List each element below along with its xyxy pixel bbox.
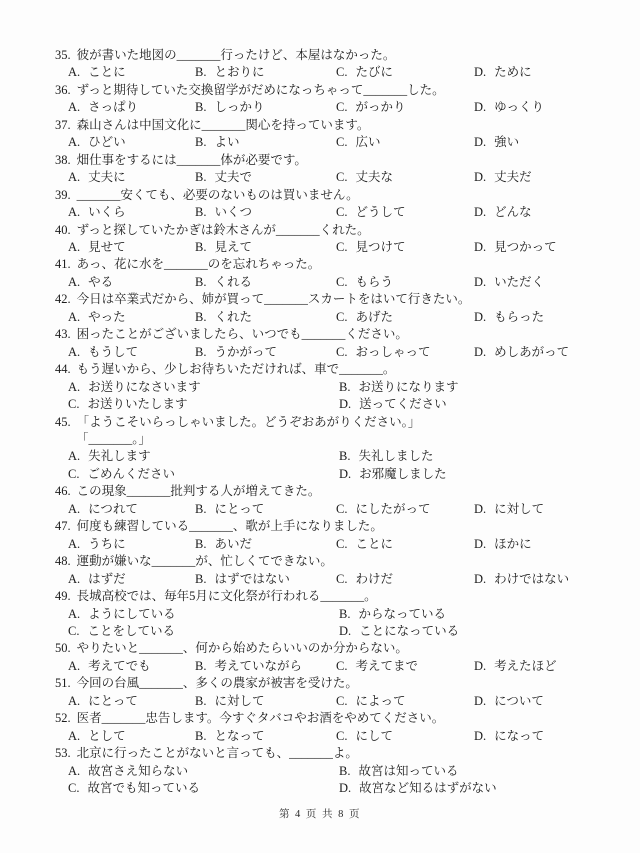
option-text: 丈夫だ xyxy=(494,170,532,184)
option-text: 見えて xyxy=(214,240,252,254)
option-text: として xyxy=(88,729,126,743)
option-text: どんな xyxy=(494,205,532,219)
options-row: A.としてB.となってC.にしてD.になって xyxy=(0,728,640,745)
option-text: よい xyxy=(214,135,239,149)
option-C: C.どうして xyxy=(336,204,474,221)
option-text: もうして xyxy=(88,345,138,359)
option-text: 見つけて xyxy=(355,240,405,254)
question-list: 35.彼が書いた地図の_______行ったけど、本屋はなかった。A.ことにB.と… xyxy=(0,47,640,797)
option-C: C.あげた xyxy=(336,309,474,326)
option-text: いくつ xyxy=(214,205,252,219)
question-number: 37. xyxy=(55,117,71,134)
option-text: もらう xyxy=(355,275,393,289)
option-label: D. xyxy=(339,624,351,638)
option-C: C.ことをしている xyxy=(68,623,339,640)
option-A: A.うちに xyxy=(68,536,195,553)
question-50: 50.やりたいと_______、何から始めたらいいのか分からない。A.考えてでも… xyxy=(0,640,640,675)
option-A: A.もうして xyxy=(68,344,195,361)
option-label: A. xyxy=(68,345,80,359)
options-row: C.お送りいたしますD.送ってください xyxy=(0,396,640,413)
option-text: によって xyxy=(355,694,405,708)
option-C: C.ごめんください xyxy=(68,466,339,483)
option-label: A. xyxy=(68,240,80,254)
option-label: B. xyxy=(195,100,206,114)
option-label: A. xyxy=(68,275,80,289)
question-stem-text: 医者_______忠告します。今すぐタバコやお酒をやめてください。 xyxy=(77,711,445,725)
option-text: 失礼します xyxy=(88,449,151,463)
option-B: B.しっかり xyxy=(195,99,336,116)
option-text: やる xyxy=(88,275,113,289)
options-row: C.故宮でも知っているD.故宮など知るはずがない xyxy=(0,780,640,797)
question-53: 53.北京に行ったことがないと言っても、_______よ。A.故宮さえ知らないB… xyxy=(0,745,640,797)
question-stem-line: 52.医者_______忠告します。今すぐタバコやお酒をやめてください。 xyxy=(0,710,640,727)
option-text: わけだ xyxy=(355,572,393,586)
question-49: 49.長城高校では、毎年5月に文化祭が行われる_______。A.ようにしている… xyxy=(0,588,640,640)
option-D: D.わけではない xyxy=(474,571,640,588)
option-text: 考えてまで xyxy=(355,659,418,673)
option-label: C. xyxy=(336,345,347,359)
option-label: D. xyxy=(339,781,351,795)
option-label: C. xyxy=(336,240,347,254)
option-A: A.ことに xyxy=(68,64,195,81)
option-B: B.お送りになります xyxy=(339,379,640,396)
option-text: 考えていながら xyxy=(214,659,302,673)
options-row: A.考えてでもB.考えていながらC.考えてまでD.考えたほど xyxy=(0,658,640,675)
option-label: D. xyxy=(474,310,486,324)
question-stem-text: やりたいと_______、何から始めたらいいのか分からない。 xyxy=(77,641,408,655)
option-A: A.失礼します xyxy=(68,448,339,465)
option-D: D.送ってください xyxy=(339,396,640,413)
option-D: D.丈夫だ xyxy=(474,169,640,186)
option-label: A. xyxy=(68,100,80,114)
question-37: 37.森山さんは中国文化に_______関心を持っています。A.ひどいB.よいC… xyxy=(0,117,640,152)
question-stem-line: 「_______。」 xyxy=(0,431,640,448)
option-text: うかがって xyxy=(214,345,277,359)
option-A: A.丈夫に xyxy=(68,169,195,186)
question-number: 45. xyxy=(55,414,71,431)
option-label: C. xyxy=(336,65,347,79)
option-D: D.ゆっくり xyxy=(474,99,640,116)
option-C: C.広い xyxy=(336,134,474,151)
option-text: に対して xyxy=(494,502,544,516)
option-label: C. xyxy=(336,729,347,743)
option-label: D. xyxy=(339,467,351,481)
option-B: B.からなっている xyxy=(339,606,640,623)
option-text: やった xyxy=(88,310,126,324)
option-label: A. xyxy=(68,694,80,708)
option-label: B. xyxy=(195,170,206,184)
question-51: 51.今回の台風_______、多くの農家が被害を受けた。A.にとってB.に対し… xyxy=(0,675,640,710)
option-text: 故宮は知っている xyxy=(358,764,458,778)
option-text: 送ってください xyxy=(359,397,447,411)
option-D: D.めしあがって xyxy=(474,344,640,361)
option-text: お邪魔しました xyxy=(359,467,447,481)
option-B: B.考えていながら xyxy=(195,658,336,675)
question-stem-line: 40.ずっと探していたかぎは鈴木さんが_______くれた。 xyxy=(0,222,640,239)
question-stem-text: 北京に行ったことがないと言っても、_______よ。 xyxy=(77,746,358,760)
option-label: D. xyxy=(474,345,486,359)
question-stem-text: 畑仕事をするには_______体が必要です。 xyxy=(77,153,307,167)
option-text: もらった xyxy=(494,310,544,324)
question-stem-line: 42.今日は卒業式だから、姉が買って_______スカートをはいて行きたい。 xyxy=(0,291,640,308)
option-label: C. xyxy=(336,135,347,149)
option-C: C.見つけて xyxy=(336,239,474,256)
option-text: 丈夫に xyxy=(88,170,126,184)
option-A: A.考えてでも xyxy=(68,658,195,675)
option-label: B. xyxy=(195,205,206,219)
option-label: D. xyxy=(474,135,486,149)
option-B: B.うかがって xyxy=(195,344,336,361)
option-text: たびに xyxy=(355,65,393,79)
question-stem-text: 長城高校では、毎年5月に文化祭が行われる_______。 xyxy=(77,589,377,603)
option-D: D.いただく xyxy=(474,274,640,291)
option-label: D. xyxy=(474,170,486,184)
option-label: C. xyxy=(336,310,347,324)
option-C: C.ことに xyxy=(336,536,474,553)
question-number: 43. xyxy=(55,326,71,343)
option-text: いただく xyxy=(494,275,544,289)
option-text: ゆっくり xyxy=(494,100,544,114)
options-row: A.もうしてB.うかがってC.おっしゃってD.めしあがって xyxy=(0,344,640,361)
options-row: A.お送りになさいますB.お送りになります xyxy=(0,379,640,396)
option-A: A.故宮さえ知らない xyxy=(68,763,339,780)
option-D: D.ことになっている xyxy=(339,623,640,640)
option-label: D. xyxy=(474,100,486,114)
option-C: C.によって xyxy=(336,693,474,710)
options-row: A.にとってB.に対してC.によってD.について xyxy=(0,693,640,710)
exam-page: 35.彼が書いた地図の_______行ったけど、本屋はなかった。A.ことにB.と… xyxy=(0,0,640,853)
option-label: D. xyxy=(474,537,486,551)
option-A: A.やった xyxy=(68,309,195,326)
option-text: とおりに xyxy=(214,65,264,79)
option-label: C. xyxy=(336,170,347,184)
option-D: D.もらった xyxy=(474,309,640,326)
question-38: 38.畑仕事をするには_______体が必要です。A.丈夫にB.丈夫でC.丈夫な… xyxy=(0,152,640,187)
option-label: B. xyxy=(195,694,206,708)
question-stem-text: ずっと探していたかぎは鈴木さんが_______くれた。 xyxy=(77,223,370,237)
option-label: A. xyxy=(68,659,80,673)
option-text: ことをしている xyxy=(87,624,175,638)
option-B: B.に対して xyxy=(195,693,336,710)
question-stem-text: 今日は卒業式だから、姉が買って_______スカートをはいて行きたい。 xyxy=(77,292,471,306)
option-text: ことに xyxy=(88,65,126,79)
option-label: B. xyxy=(195,729,206,743)
option-text: くれた xyxy=(214,310,252,324)
option-text: 失礼しました xyxy=(358,449,433,463)
option-C: C.考えてまで xyxy=(336,658,474,675)
options-row: A.につれてB.にとってC.にしたがってD.に対して xyxy=(0,501,640,518)
question-stem-text: あっ、花に水を_______のを忘れちゃった。 xyxy=(77,257,321,271)
question-41: 41.あっ、花に水を_______のを忘れちゃった。A.やるB.くれるC.もらう… xyxy=(0,256,640,291)
option-label: C. xyxy=(336,694,347,708)
options-row: C.ことをしているD.ことになっている xyxy=(0,623,640,640)
option-label: C. xyxy=(336,659,347,673)
option-text: わけではない xyxy=(494,572,569,586)
question-36: 36.ずっと期待していた交換留学がだめになっちゃって_______した。A.さっ… xyxy=(0,82,640,117)
option-D: D.ために xyxy=(474,64,640,81)
page-footer: 第 4 页 共 8 页 xyxy=(0,806,640,821)
question-stem-line: 43.困ったことがございましたら、いつでも_______ください。 xyxy=(0,326,640,343)
question-stem-text: 今回の台風_______、多くの農家が被害を受けた。 xyxy=(77,676,358,690)
options-row: C.ごめんくださいD.お邪魔しました xyxy=(0,466,640,483)
option-A: A.見せて xyxy=(68,239,195,256)
option-label: A. xyxy=(68,607,80,621)
options-row: A.やるB.くれるC.もらうD.いただく xyxy=(0,274,640,291)
option-label: A. xyxy=(68,135,80,149)
question-46: 46.この現象_______批判する人が増えてきた。A.につれてB.にとってC.… xyxy=(0,483,640,518)
option-label: D. xyxy=(474,659,486,673)
option-C: C.にして xyxy=(336,728,474,745)
option-label: A. xyxy=(68,65,80,79)
option-text: からなっている xyxy=(358,607,446,621)
option-label: B. xyxy=(195,345,206,359)
question-stem-line: 39._______安くても、必要のないものは買いません。 xyxy=(0,187,640,204)
option-A: A.はずだ xyxy=(68,571,195,588)
option-text: うちに xyxy=(88,537,126,551)
option-C: C.わけだ xyxy=(336,571,474,588)
option-label: D. xyxy=(339,397,351,411)
option-D: D.になって xyxy=(474,728,640,745)
option-B: B.はずではない xyxy=(195,571,336,588)
option-label: D. xyxy=(474,572,486,586)
option-label: C. xyxy=(336,502,347,516)
option-label: A. xyxy=(68,502,80,516)
option-text: にとって xyxy=(88,694,138,708)
option-text: がっかり xyxy=(355,100,405,114)
question-number: 51. xyxy=(55,675,71,692)
question-stem-text: 森山さんは中国文化に_______関心を持っています。 xyxy=(77,118,370,132)
option-text: ことに xyxy=(355,537,393,551)
option-D: D.故宮など知るはずがない xyxy=(339,780,640,797)
option-label: A. xyxy=(68,764,80,778)
question-number: 48. xyxy=(55,553,71,570)
option-D: D.ほかに xyxy=(474,536,640,553)
option-label: B. xyxy=(195,65,206,79)
option-C: C.がっかり xyxy=(336,99,474,116)
options-row: A.はずだB.はずではないC.わけだD.わけではない xyxy=(0,571,640,588)
option-text: いくら xyxy=(88,205,126,219)
option-B: B.にとって xyxy=(195,501,336,518)
question-number: 42. xyxy=(55,291,71,308)
option-B: B.くれた xyxy=(195,309,336,326)
options-row: A.見せてB.見えてC.見つけてD.見つかって xyxy=(0,239,640,256)
question-stem-line: 44.もう遅いから、少しお待ちいただければ、車で_______。 xyxy=(0,361,640,378)
question-number: 40. xyxy=(55,222,71,239)
option-A: A.やる xyxy=(68,274,195,291)
option-label: B. xyxy=(195,572,206,586)
option-label: A. xyxy=(68,572,80,586)
option-label: D. xyxy=(474,275,486,289)
option-label: B. xyxy=(195,240,206,254)
option-text: ようにしている xyxy=(88,607,176,621)
option-D: D.お邪魔しました xyxy=(339,466,640,483)
option-text: お送りになります xyxy=(358,380,458,394)
question-number: 41. xyxy=(55,256,71,273)
option-label: D. xyxy=(474,694,486,708)
question-number: 35. xyxy=(55,47,71,64)
option-text: 広い xyxy=(355,135,380,149)
option-text: お送りいたします xyxy=(87,397,187,411)
question-stem-line: 41.あっ、花に水を_______のを忘れちゃった。 xyxy=(0,256,640,273)
option-B: B.とおりに xyxy=(195,64,336,81)
question-stem-text: この現象_______批判する人が増えてきた。 xyxy=(77,484,321,498)
option-text: 考えたほど xyxy=(494,659,557,673)
question-44: 44.もう遅いから、少しお待ちいただければ、車で_______。A.お送りになさ… xyxy=(0,361,640,413)
question-stem-text: 彼が書いた地図の_______行ったけど、本屋はなかった。 xyxy=(77,48,396,62)
question-stem-line: 38.畑仕事をするには_______体が必要です。 xyxy=(0,152,640,169)
option-label: C. xyxy=(336,537,347,551)
option-A: A.ひどい xyxy=(68,134,195,151)
option-C: C.おっしゃって xyxy=(336,344,474,361)
question-stem-text: 「_______。」 xyxy=(76,432,151,446)
option-label: D. xyxy=(474,502,486,516)
option-A: A.にとって xyxy=(68,693,195,710)
option-text: 丈夫な xyxy=(355,170,393,184)
option-B: B.故宮は知っている xyxy=(339,763,640,780)
question-stem-line: 49.長城高校では、毎年5月に文化祭が行われる_______。 xyxy=(0,588,640,605)
option-B: B.くれる xyxy=(195,274,336,291)
option-D: D.どんな xyxy=(474,204,640,221)
option-label: C. xyxy=(336,205,347,219)
option-label: B. xyxy=(339,607,350,621)
option-C: C.もらう xyxy=(336,274,474,291)
option-C: C.たびに xyxy=(336,64,474,81)
question-number: 47. xyxy=(55,518,71,535)
question-number: 50. xyxy=(55,640,71,657)
option-text: はずだ xyxy=(88,572,126,586)
option-D: D.に対して xyxy=(474,501,640,518)
option-A: A.いくら xyxy=(68,204,195,221)
option-A: A.ようにしている xyxy=(68,606,339,623)
question-45: 45.「ようこそいらっしゃいました。どうぞおあがりください。」「_______。… xyxy=(0,414,640,484)
option-text: について xyxy=(494,694,544,708)
question-stem-text: 何度も練習している_______、歌が上手になりました。 xyxy=(77,519,383,533)
option-text: ことになっている xyxy=(359,624,459,638)
option-label: A. xyxy=(68,537,80,551)
option-text: お送りになさいます xyxy=(88,380,201,394)
options-row: A.うちにB.あいだC.ことにD.ほかに xyxy=(0,536,640,553)
question-number: 39. xyxy=(55,187,71,204)
option-A: A.さっぱり xyxy=(68,99,195,116)
option-label: C. xyxy=(68,624,79,638)
question-number: 49. xyxy=(55,588,71,605)
option-text: くれる xyxy=(214,275,252,289)
option-text: さっぱり xyxy=(88,100,138,114)
question-43: 43.困ったことがございましたら、いつでも_______ください。A.もうしてB… xyxy=(0,326,640,361)
options-row: A.ひどいB.よいC.広いD.強い xyxy=(0,134,640,151)
option-label: D. xyxy=(474,65,486,79)
option-D: D.考えたほど xyxy=(474,658,640,675)
options-row: A.いくらB.いくつC.どうしてD.どんな xyxy=(0,204,640,221)
option-B: B.失礼しました xyxy=(339,448,640,465)
question-52: 52.医者_______忠告します。今すぐタバコやお酒をやめてください。A.とし… xyxy=(0,710,640,745)
option-text: ひどい xyxy=(88,135,126,149)
option-label: D. xyxy=(474,729,486,743)
option-label: B. xyxy=(339,380,350,394)
option-text: はずではない xyxy=(214,572,289,586)
question-stem-text: _______安くても、必要のないものは買いません。 xyxy=(77,188,359,202)
option-D: D.強い xyxy=(474,134,640,151)
option-label: D. xyxy=(474,205,486,219)
question-number: 36. xyxy=(55,82,71,99)
option-D: D.見つかって xyxy=(474,239,640,256)
question-39: 39._______安くても、必要のないものは買いません。A.いくらB.いくつC… xyxy=(0,187,640,222)
question-stem-line: 36.ずっと期待していた交換留学がだめになっちゃって_______した。 xyxy=(0,82,640,99)
option-text: に対して xyxy=(214,694,264,708)
option-text: 故宮など知るはずがない xyxy=(359,781,497,795)
question-stem-line: 48.運動が嫌いな_______が、忙しくてできない。 xyxy=(0,553,640,570)
question-number: 44. xyxy=(55,361,71,378)
option-text: おっしゃって xyxy=(355,345,430,359)
option-B: B.丈夫で xyxy=(195,169,336,186)
option-text: しっかり xyxy=(214,100,264,114)
option-text: 見つかって xyxy=(494,240,557,254)
options-row: A.さっぱりB.しっかりC.がっかりD.ゆっくり xyxy=(0,99,640,116)
option-text: につれて xyxy=(88,502,138,516)
option-text: 故宮でも知っている xyxy=(87,781,200,795)
option-label: A. xyxy=(68,170,80,184)
option-label: C. xyxy=(336,100,347,114)
option-text: 丈夫で xyxy=(214,170,252,184)
options-row: A.故宮さえ知らないB.故宮は知っている xyxy=(0,763,640,780)
option-text: 考えてでも xyxy=(88,659,151,673)
question-stem-text: 困ったことがございましたら、いつでも_______ください。 xyxy=(77,327,408,341)
option-text: ほかに xyxy=(494,537,532,551)
option-text: 強い xyxy=(494,135,519,149)
option-label: B. xyxy=(195,537,206,551)
question-40: 40.ずっと探していたかぎは鈴木さんが_______くれた。A.見せてB.見えて… xyxy=(0,222,640,257)
option-label: B. xyxy=(195,659,206,673)
option-label: A. xyxy=(68,729,80,743)
options-row: A.ことにB.とおりにC.たびにD.ために xyxy=(0,64,640,81)
option-label: C. xyxy=(68,397,79,411)
option-text: にしたがって xyxy=(355,502,430,516)
option-B: B.となって xyxy=(195,728,336,745)
option-text: ごめんください xyxy=(87,467,175,481)
question-stem-text: もう遅いから、少しお待ちいただければ、車で_______。 xyxy=(77,362,396,376)
option-D: D.について xyxy=(474,693,640,710)
option-text: になって xyxy=(494,729,544,743)
option-text: めしあがって xyxy=(494,345,569,359)
option-label: C. xyxy=(68,781,79,795)
option-text: 見せて xyxy=(88,240,126,254)
option-label: A. xyxy=(68,449,80,463)
question-number: 53. xyxy=(55,745,71,762)
option-text: 故宮さえ知らない xyxy=(88,764,188,778)
question-42: 42.今日は卒業式だから、姉が買って_______スカートをはいて行きたい。A.… xyxy=(0,291,640,326)
option-A: A.につれて xyxy=(68,501,195,518)
question-stem-text: 運動が嫌いな_______が、忙しくてできない。 xyxy=(77,554,333,568)
question-stem-line: 46.この現象_______批判する人が増えてきた。 xyxy=(0,483,640,500)
question-stem-line: 35.彼が書いた地図の_______行ったけど、本屋はなかった。 xyxy=(0,47,640,64)
question-stem-line: 51.今回の台風_______、多くの農家が被害を受けた。 xyxy=(0,675,640,692)
option-label: C. xyxy=(68,467,79,481)
option-label: A. xyxy=(68,205,80,219)
question-35: 35.彼が書いた地図の_______行ったけど、本屋はなかった。A.ことにB.と… xyxy=(0,47,640,82)
question-stem-line: 50.やりたいと_______、何から始めたらいいのか分からない。 xyxy=(0,640,640,657)
option-text: どうして xyxy=(355,205,405,219)
option-label: A. xyxy=(68,380,80,394)
option-label: B. xyxy=(195,502,206,516)
option-B: B.見えて xyxy=(195,239,336,256)
option-label: B. xyxy=(195,275,206,289)
option-A: A.として xyxy=(68,728,195,745)
question-48: 48.運動が嫌いな_______が、忙しくてできない。A.はずだB.はずではない… xyxy=(0,553,640,588)
option-text: となって xyxy=(214,729,264,743)
option-C: C.丈夫な xyxy=(336,169,474,186)
question-stem-line: 45.「ようこそいらっしゃいました。どうぞおあがりください。」 xyxy=(0,414,640,431)
question-stem-text: 「ようこそいらっしゃいました。どうぞおあがりください。」 xyxy=(77,415,421,429)
